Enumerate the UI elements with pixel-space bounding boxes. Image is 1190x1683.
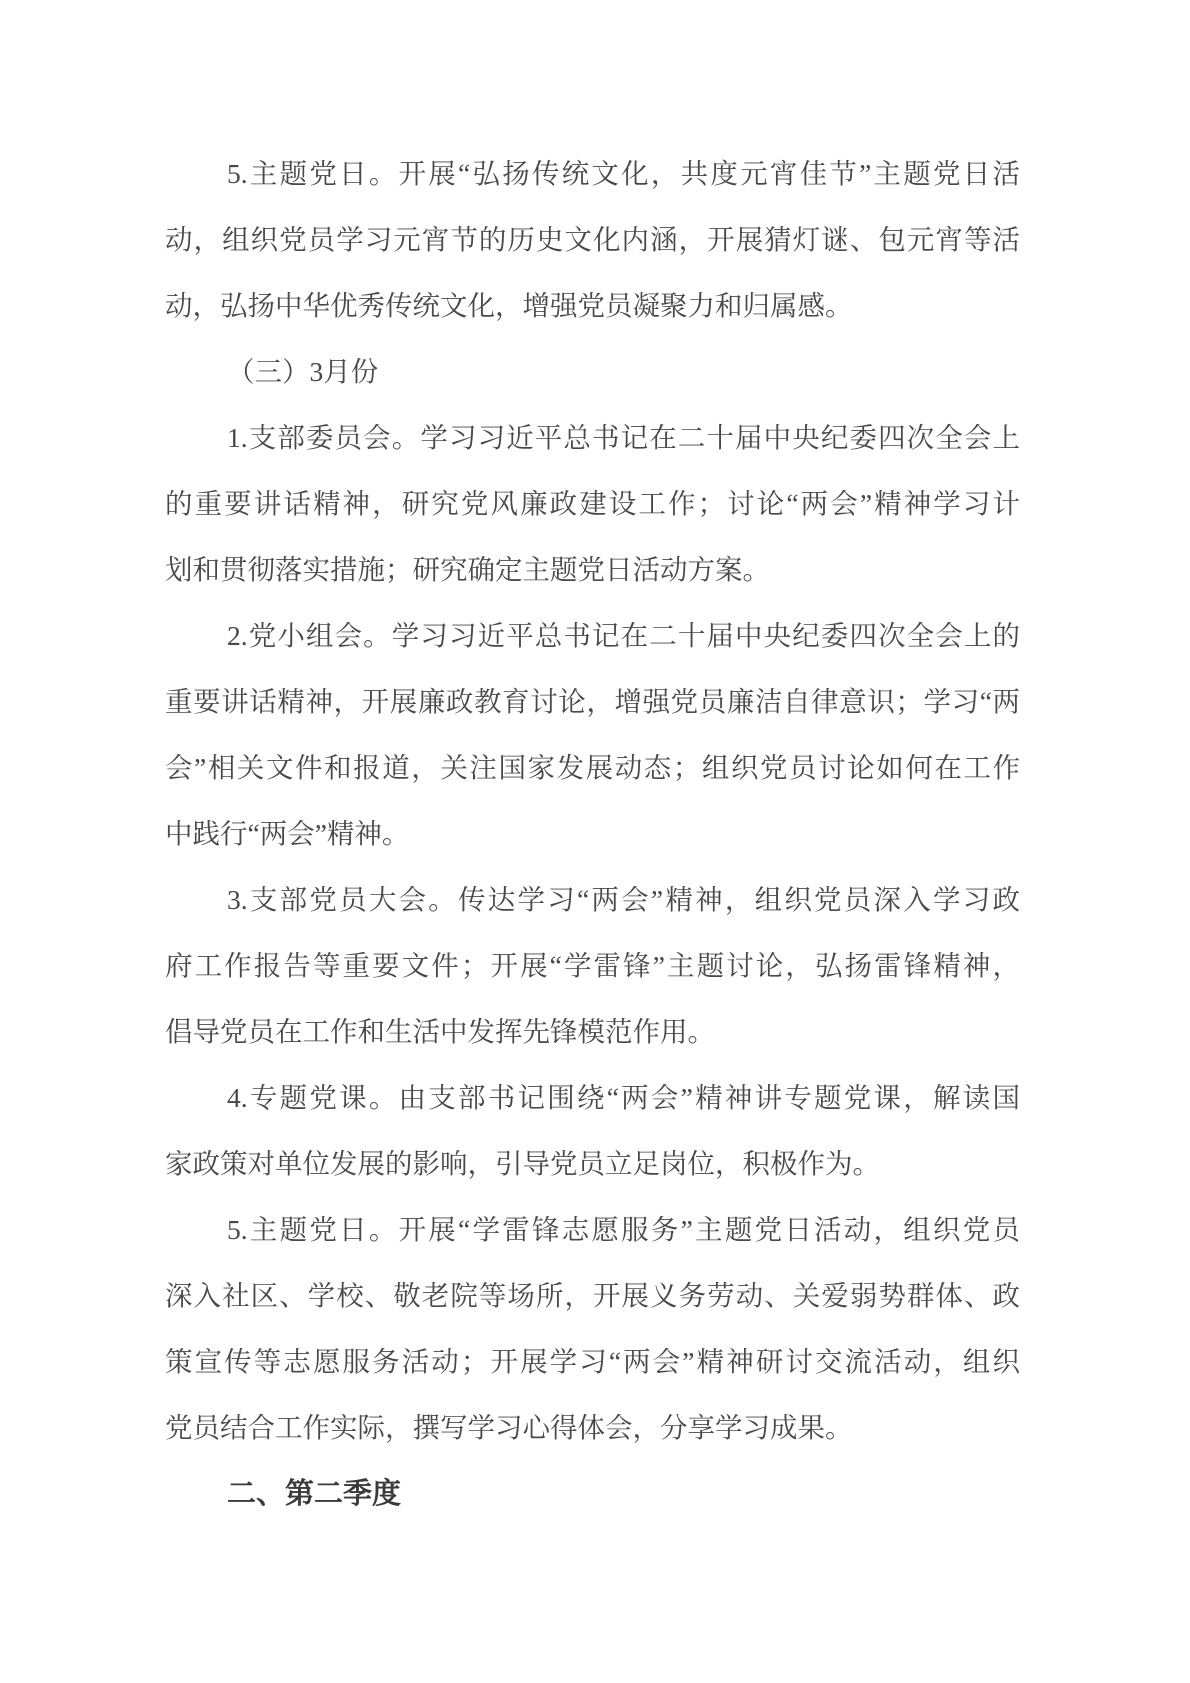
text-line: 府工作报告等重要文件；开展“学雷锋”主题讨论，弘扬雷锋精神，	[165, 933, 1020, 999]
document-content: 5.主题党日。开展“弘扬传统文化，共度元宵佳节”主题党日活 动，组织党员学习元宵…	[165, 141, 1020, 1527]
text-line: 2.党小组会。学习习近平总书记在二十届中央纪委四次全会上的	[165, 603, 1020, 669]
text-line: 中践行“两会”精神。	[165, 801, 1020, 867]
heading-second-quarter: 二、第二季度	[165, 1461, 1020, 1527]
text-line: 动，组织党员学习元宵节的历史文化内涵，开展猜灯谜、包元宵等活	[165, 207, 1020, 273]
text-line: 4.专题党课。由支部书记围绕“两会”精神讲专题党课，解读国	[165, 1065, 1020, 1131]
text-line: 5.主题党日。开展“学雷锋志愿服务”主题党日活动，组织党员	[165, 1197, 1020, 1263]
subheading-march: （三）3月份	[165, 339, 1020, 405]
text-line: 倡导党员在工作和生活中发挥先锋模范作用。	[165, 999, 1020, 1065]
text-line: 动，弘扬中华优秀传统文化，增强党员凝聚力和归属感。	[165, 273, 1020, 339]
text-line: 家政策对单位发展的影响，引导党员立足岗位，积极作为。	[165, 1131, 1020, 1197]
text-line: 会”相关文件和报道，关注国家发展动态；组织党员讨论如何在工作	[165, 735, 1020, 801]
text-line: 3.支部党员大会。传达学习“两会”精神，组织党员深入学习政	[165, 867, 1020, 933]
text-line: 深入社区、学校、敬老院等场所，开展义务劳动、关爱弱势群体、政	[165, 1263, 1020, 1329]
text-line: 划和贯彻落实措施；研究确定主题党日活动方案。	[165, 537, 1020, 603]
text-line: 策宣传等志愿服务活动；开展学习“两会”精神研讨交流活动，组织	[165, 1329, 1020, 1395]
text-line: 的重要讲话精神，研究党风廉政建设工作；讨论“两会”精神学习计	[165, 471, 1020, 537]
document-page: 5.主题党日。开展“弘扬传统文化，共度元宵佳节”主题党日活 动，组织党员学习元宵…	[0, 0, 1190, 1683]
text-line: 5.主题党日。开展“弘扬传统文化，共度元宵佳节”主题党日活	[165, 141, 1020, 207]
text-line: 党员结合工作实际，撰写学习心得体会，分享学习成果。	[165, 1395, 1020, 1461]
text-line: 1.支部委员会。学习习近平总书记在二十届中央纪委四次全会上	[165, 405, 1020, 471]
text-line: 重要讲话精神，开展廉政教育讨论，增强党员廉洁自律意识；学习“两	[165, 669, 1020, 735]
